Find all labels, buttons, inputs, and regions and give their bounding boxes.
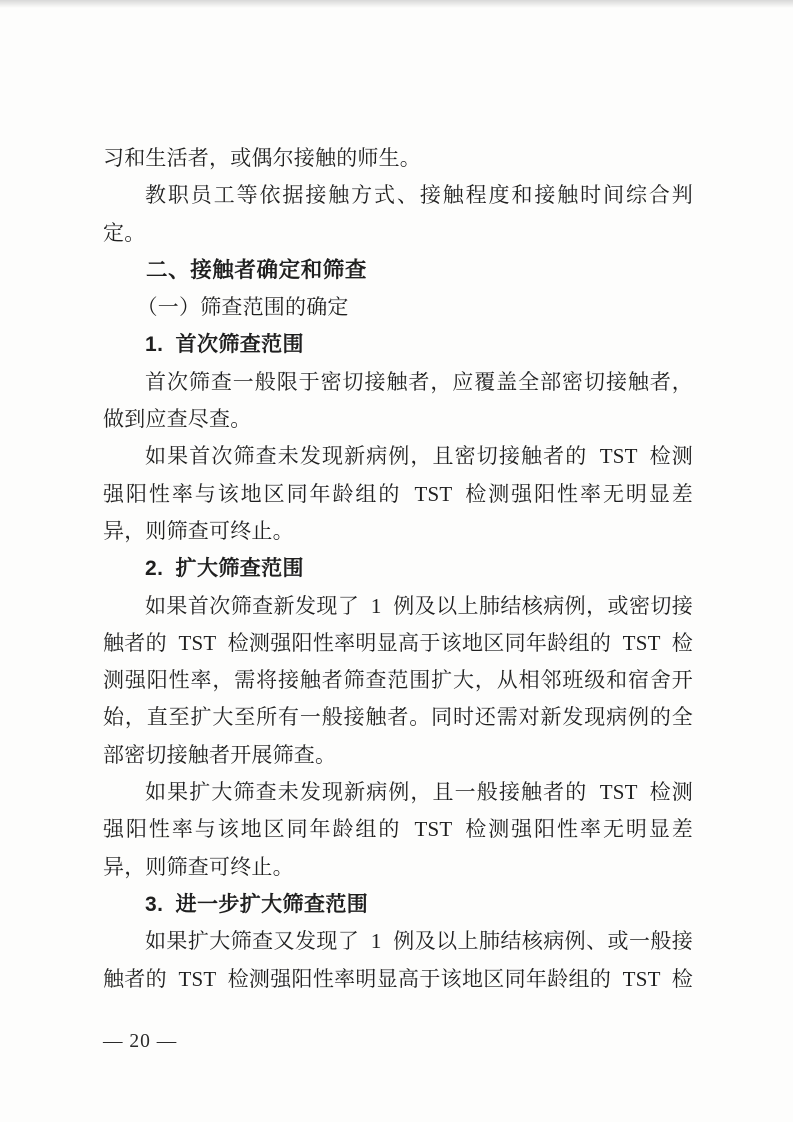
- document-page: 习和生活者，或偶尔接触的师生。教职员工等依据接触方式、接触程度和接触时间综合判定…: [0, 0, 793, 1122]
- scan-edge-shadow: [0, 0, 793, 8]
- paragraph: 如果首次筛查新发现了 1 例及以上肺结核病例，或密切接触者的 TST 检测强阳性…: [103, 588, 693, 774]
- paragraph: 如果首次筛查未发现新病例，且密切接触者的 TST 检测强阳性率与该地区同年龄组的…: [103, 438, 693, 550]
- page-number-footer: — 20 —: [103, 1030, 177, 1054]
- numbered-heading: 2. 扩大筛查范围: [103, 550, 693, 587]
- paragraph: 如果扩大筛查又发现了 1 例及以上肺结核病例、或一般接触者的 TST 检测强阳性…: [103, 923, 693, 998]
- paragraph: 如果扩大筛查未发现新病例，且一般接触者的 TST 检测强阳性率与该地区同年龄组的…: [103, 774, 693, 886]
- paragraph: 教职员工等依据接触方式、接触程度和接触时间综合判定。: [103, 177, 693, 252]
- text-block: 习和生活者，或偶尔接触的师生。教职员工等依据接触方式、接触程度和接触时间综合判定…: [103, 140, 693, 998]
- paragraph-continuation: 习和生活者，或偶尔接触的师生。: [103, 140, 693, 177]
- numbered-heading: 3. 进一步扩大筛查范围: [103, 886, 693, 923]
- paragraph: 首次筛查一般限于密切接触者，应覆盖全部密切接触者，做到应查尽查。: [103, 364, 693, 439]
- numbered-heading: 1. 首次筛查范围: [103, 326, 693, 363]
- section-heading: 二、接触者确定和筛查: [103, 252, 693, 289]
- subsection-heading: （一）筛查范围的确定: [103, 289, 693, 326]
